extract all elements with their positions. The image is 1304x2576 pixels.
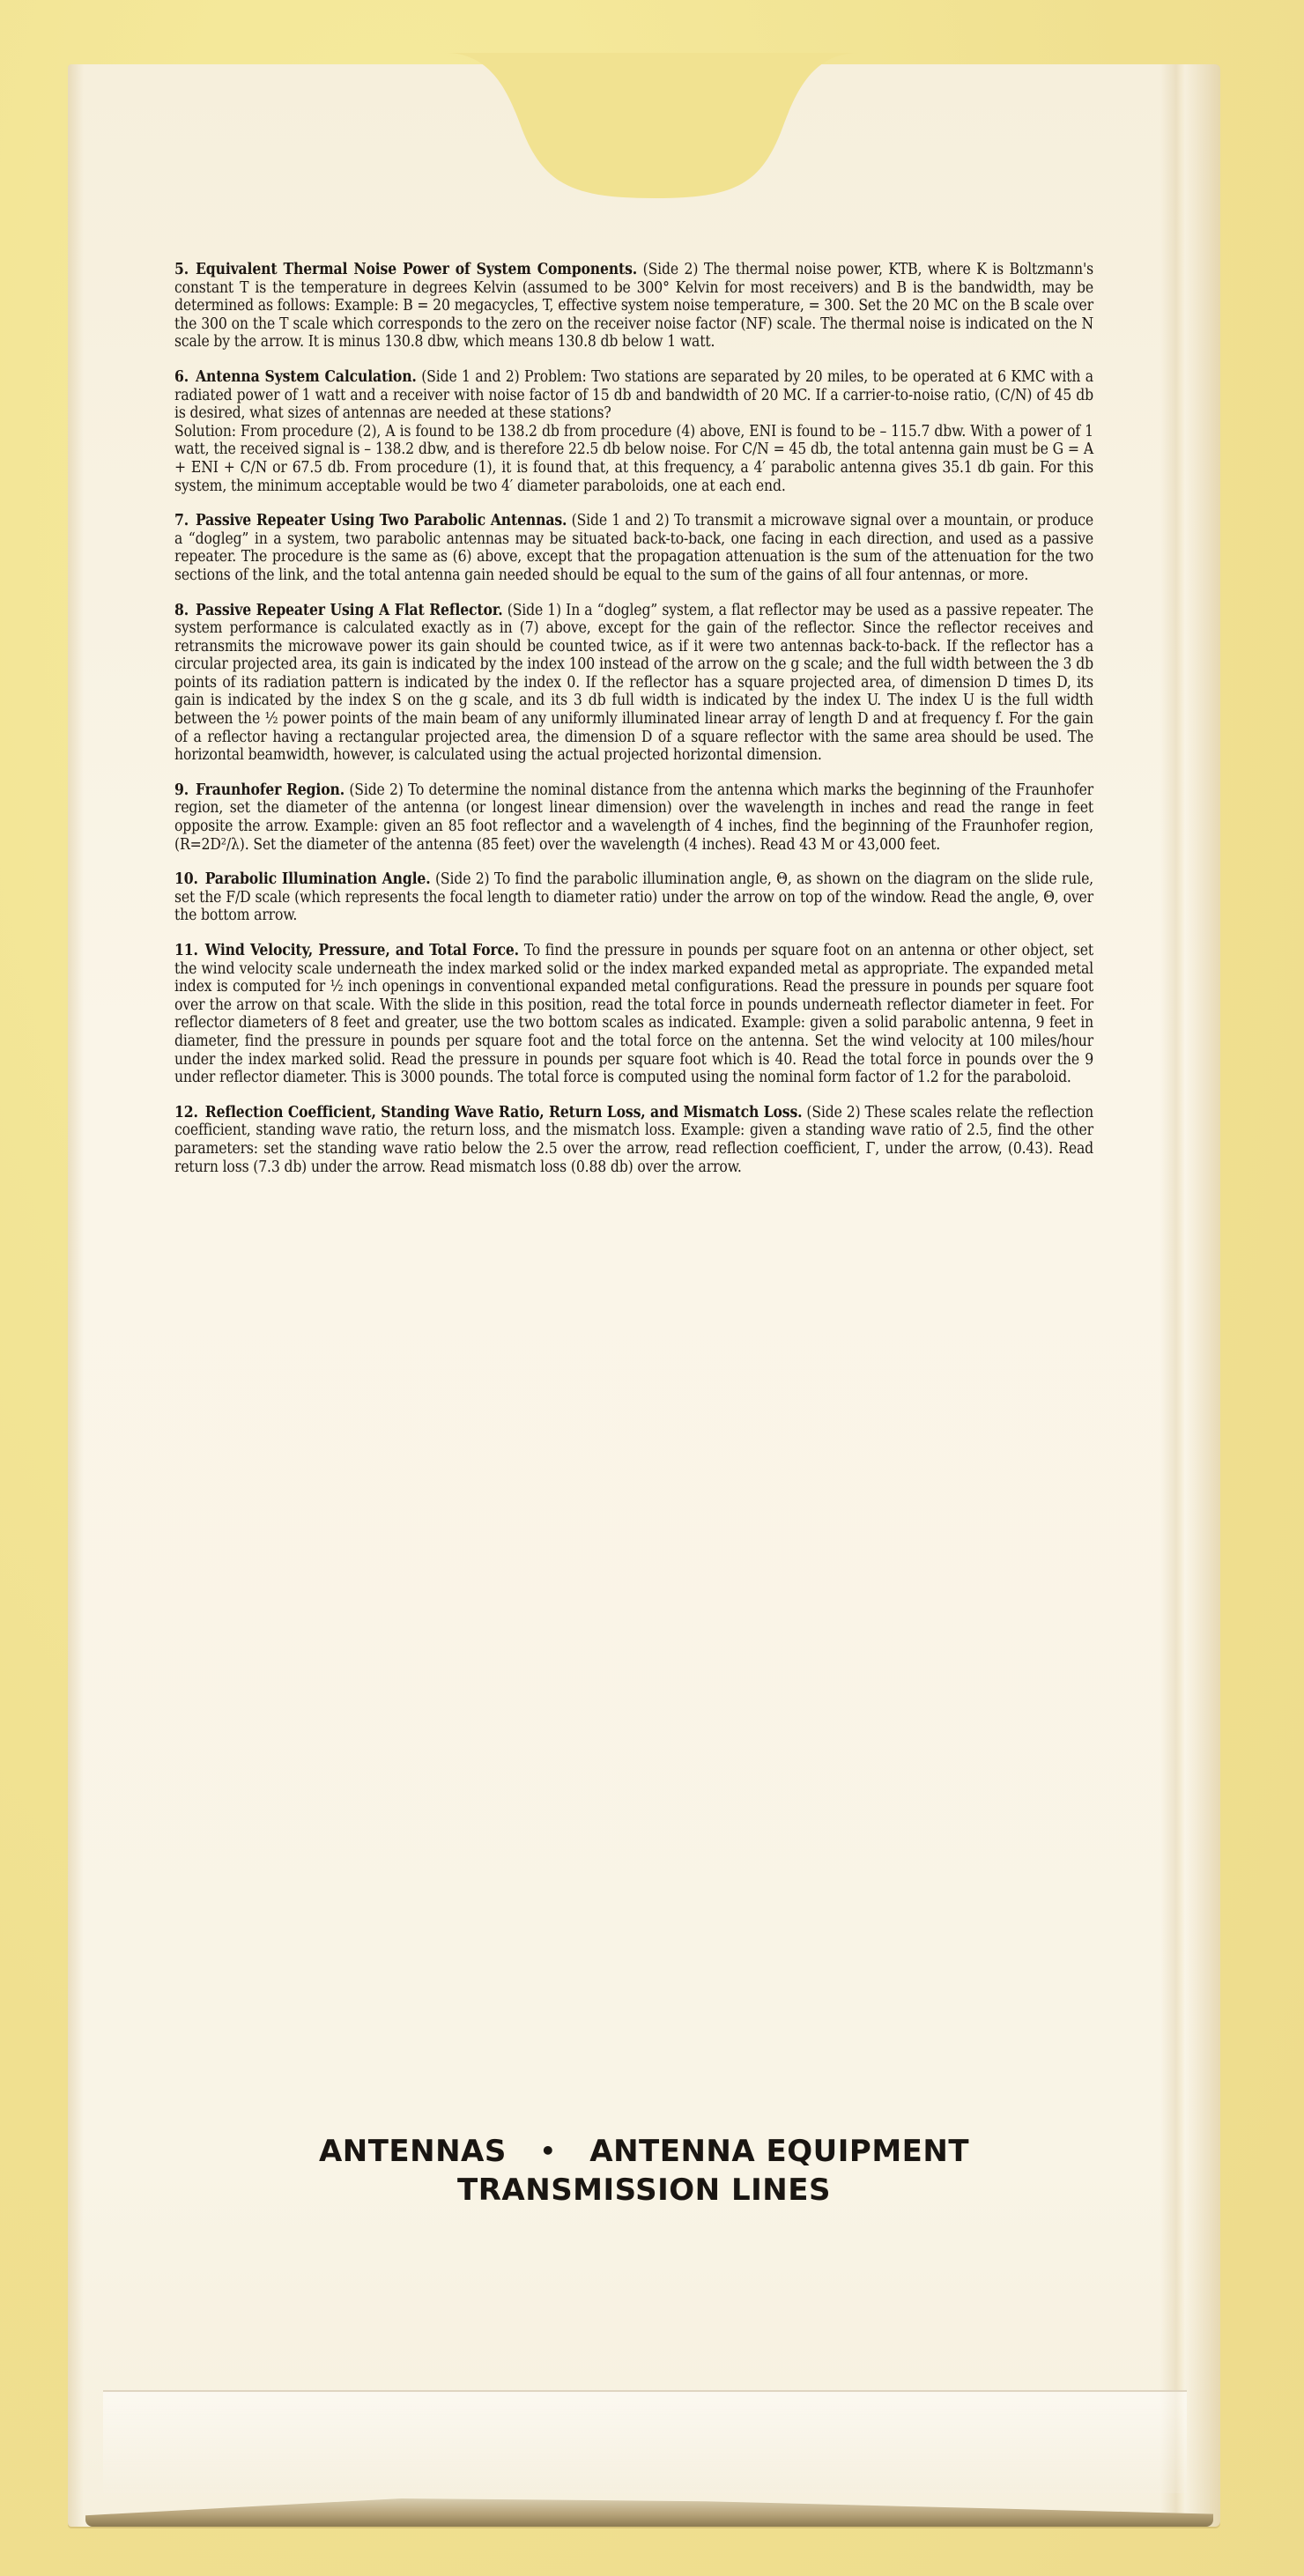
section-10: 10.Parabolic Illumination Angle. (Side 2… xyxy=(174,870,1093,925)
section-7: 7.Passive Repeater Using Two Parabolic A… xyxy=(174,512,1093,584)
section-8: 8.Passive Repeater Using A Flat Reflecto… xyxy=(174,602,1093,765)
section-number: 9. xyxy=(174,781,189,799)
section-9: 9.Fraunhofer Region. (Side 2) To determi… xyxy=(174,781,1093,854)
section-number: 12. xyxy=(174,1104,198,1121)
footer-line-1: ANTENNAS • ANTENNA EQUIPMENT xyxy=(68,2132,1220,2171)
sleeve-bottom-edge xyxy=(85,2498,1213,2527)
section-title: Equivalent Thermal Noise Power of System… xyxy=(196,261,637,278)
section-title: Wind Velocity, Pressure, and Total Force… xyxy=(205,942,519,959)
footer-antennas: ANTENNAS xyxy=(319,2132,507,2171)
section-number: 6. xyxy=(174,368,189,386)
instructions-text: 5.Equivalent Thermal Noise Power of Syst… xyxy=(174,261,1093,1193)
section-5: 5.Equivalent Thermal Noise Power of Syst… xyxy=(174,261,1093,352)
footer-transmission-lines: TRANSMISSION LINES xyxy=(68,2171,1220,2210)
section-title: Passive Repeater Using A Flat Reflector. xyxy=(196,602,503,619)
section-body: To find the pressure in pounds per squar… xyxy=(174,942,1093,1086)
section-title: Parabolic Illumination Angle. xyxy=(205,870,431,888)
section-12: 12.Reflection Coefficient, Standing Wave… xyxy=(174,1104,1093,1176)
section-title: Antenna System Calculation. xyxy=(196,368,417,386)
section-number: 8. xyxy=(174,602,189,619)
section-11: 11.Wind Velocity, Pressure, and Total Fo… xyxy=(174,942,1093,1087)
section-number: 7. xyxy=(174,512,189,529)
footer-antenna-equipment: ANTENNA EQUIPMENT xyxy=(589,2132,969,2171)
section-number: 5. xyxy=(174,261,189,278)
product-footer: ANTENNAS • ANTENNA EQUIPMENT TRANSMISSIO… xyxy=(68,2132,1220,2210)
section-solution: Solution: From procedure (2), A is found… xyxy=(174,423,1093,495)
bottom-fold-flap xyxy=(103,2390,1187,2493)
bullet-separator-icon: • xyxy=(540,2132,556,2171)
section-6: 6.Antenna System Calculation. (Side 1 an… xyxy=(174,368,1093,495)
section-number: 11. xyxy=(174,942,198,959)
section-body: (Side 1) In a “dogleg” system, a flat re… xyxy=(174,602,1093,765)
section-number: 10. xyxy=(174,870,198,888)
section-title: Fraunhofer Region. xyxy=(196,781,345,799)
section-title: Reflection Coefficient, Standing Wave Ra… xyxy=(205,1104,803,1121)
section-title: Passive Repeater Using Two Parabolic Ant… xyxy=(196,512,567,529)
